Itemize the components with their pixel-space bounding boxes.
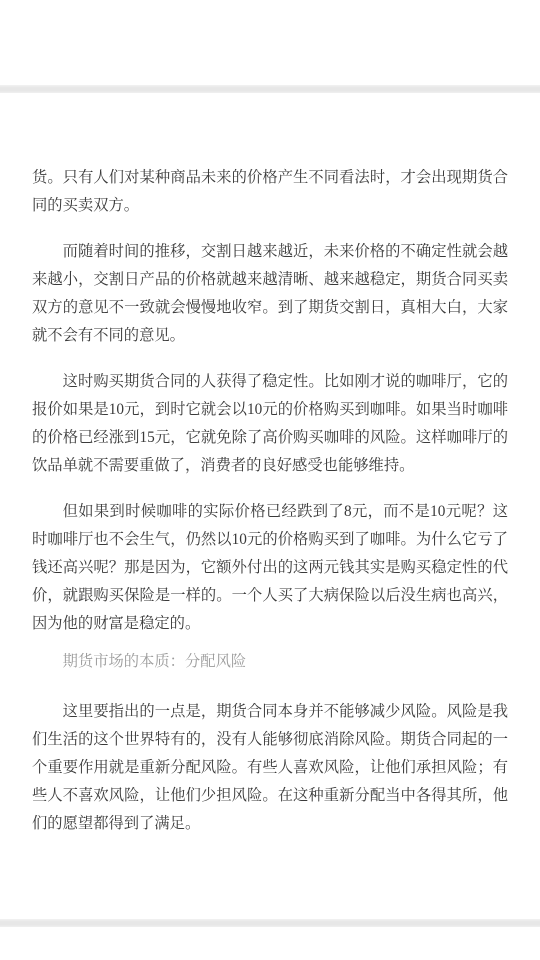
- paragraph: 这里要指出的一点是，期货合同本身并不能够减少风险。风险是我们生活的这个世界特有的…: [32, 698, 508, 838]
- section-heading: 期货市场的本质：分配风险: [32, 652, 508, 672]
- reader-screen: 货。只有人们对某种商品未来的价格产生不同看法时，才会出现期货合同的买卖双方。 而…: [0, 0, 540, 960]
- reading-page[interactable]: 货。只有人们对某种商品未来的价格产生不同看法时，才会出现期货合同的买卖双方。 而…: [0, 0, 540, 960]
- paragraph: 但如果到时候咖啡的实际价格已经跌到了8元，而不是10元呢？这时咖啡厅也不会生气，…: [32, 498, 508, 638]
- paragraph: 而随着时间的推移，交割日越来越近，未来价格的不确定性就会越来越小，交割日产品的价…: [32, 238, 508, 350]
- paragraph-continuation: 货。只有人们对某种商品未来的价格产生不同看法时，才会出现期货合同的买卖双方。: [32, 164, 508, 220]
- page-separator-bottom: [0, 919, 540, 927]
- paragraph: 这时购买期货合同的人获得了稳定性。比如刚才说的咖啡厅，它的报价如果是10元，到时…: [32, 368, 508, 480]
